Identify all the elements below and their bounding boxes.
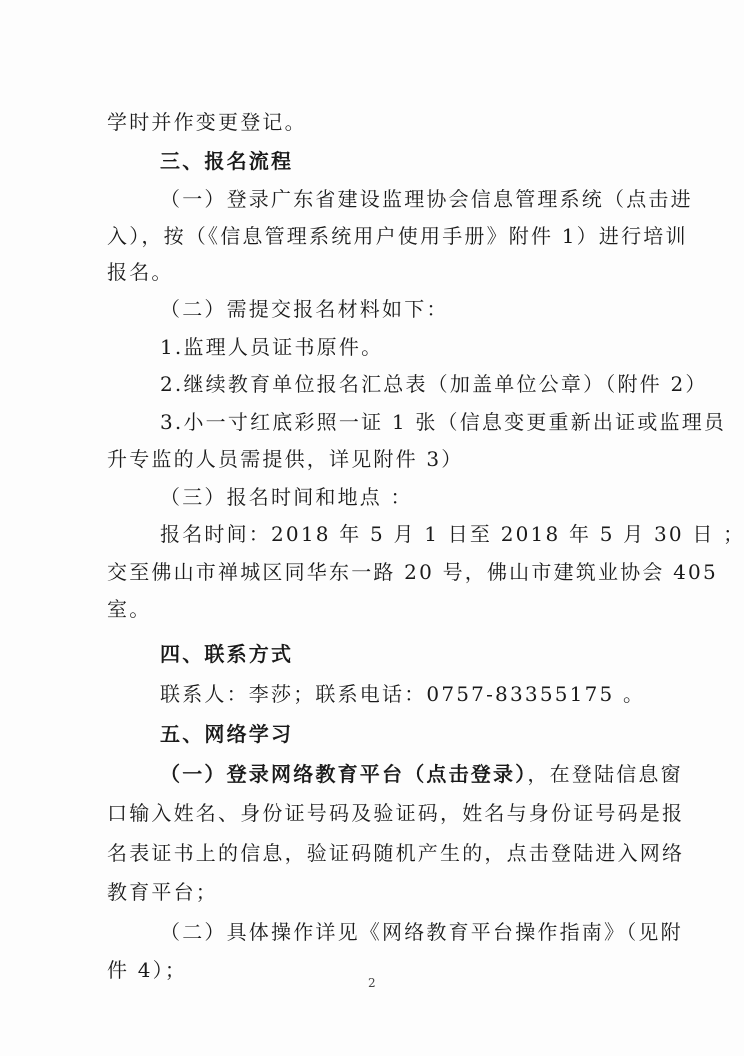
paragraph-line: （二）具体操作详见《网络教育平台操作指南》（见附 — [160, 920, 683, 944]
paragraph-line: 交至佛山市禅城区同华东一路 20 号，佛山市建筑业协会 405 — [107, 560, 718, 584]
contact-info: 联系人：李莎；联系电话：0757-83355175 。 — [160, 682, 645, 706]
document-page: 学时并作变更登记。 三、报名流程 （一）登录广东省建设监理协会信息管理系统（点击… — [0, 0, 744, 1056]
paragraph-line: 升专监的人员需提供，详见附件 3） — [107, 447, 463, 471]
page-number: 2 — [368, 976, 376, 990]
section-heading-registration-process: 三、报名流程 — [160, 149, 293, 173]
paragraph-line: 报名时间：2018 年 5 月 1 日至 2018 年 5 月 30 日 ；资料 — [160, 522, 744, 546]
paragraph-line: （一）登录广东省建设监理协会信息管理系统（点击进 — [160, 187, 693, 211]
paragraph-line: 名表证书上的信息，验证码随机产生的，点击登陆进入网络 — [107, 841, 684, 865]
list-item: 3.小一寸红底彩照一证 1 张（信息变更重新出证或监理员 — [160, 410, 726, 434]
paragraph-line: 入），按（《信息管理系统用户使用手册》附件 1）进行培训 — [107, 224, 688, 248]
paragraph-line: 报名。 — [107, 260, 174, 284]
paragraph-line: 学时并作变更登记。 — [107, 110, 307, 134]
login-platform-link[interactable]: （一）登录网络教育平台（点击登录） — [160, 762, 527, 786]
subsection-time-location: （三）报名时间和地点 ： — [160, 485, 413, 509]
list-item: 2.继续教育单位报名汇总表（加盖单位公章）（附件 2） — [160, 372, 708, 396]
paragraph-line: （一）登录网络教育平台（点击登录），在登陆信息窗 — [160, 762, 683, 786]
paragraph-line: 教育平台； — [107, 880, 218, 904]
paragraph-line: 室。 — [107, 597, 151, 621]
list-item: 1.监理人员证书原件。 — [160, 335, 383, 359]
paragraph-text: ，在登陆信息窗 — [527, 762, 682, 786]
paragraph-line: 口输入姓名、身份证号码及验证码，姓名与身份证号码是报 — [107, 801, 684, 825]
section-heading-online-learning: 五、网络学习 — [160, 722, 293, 746]
paragraph-line: 件 4）； — [107, 958, 187, 982]
subsection-materials: （二）需提交报名材料如下： — [160, 297, 449, 321]
section-heading-contact: 四、联系方式 — [160, 642, 293, 666]
